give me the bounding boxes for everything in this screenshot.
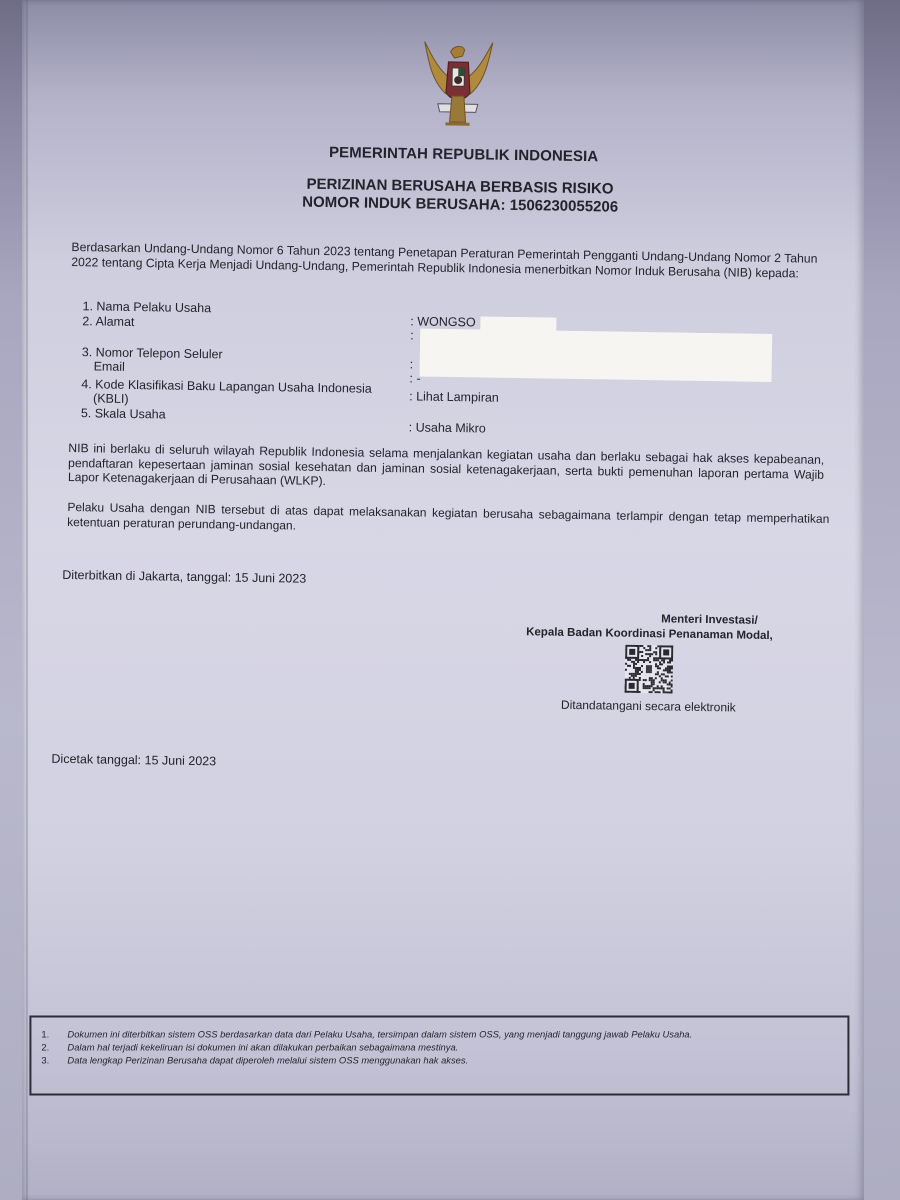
notes-list: 1.Dokumen ini diterbitkan sistem OSS ber… [31,1017,847,1066]
garuda-emblem-icon [417,31,499,132]
note-text: Dalam hal terjadi kekeliruan isi dokumen… [67,1040,458,1053]
signatory-title-2: Kepala Badan Koordinasi Penanaman Modal, [499,626,799,643]
note-text: Data lengkap Perizinan Berusaha dapat di… [67,1053,468,1066]
intro-paragraph: Berdasarkan Undang-Undang Nomor 6 Tahun … [71,240,817,281]
validity-paragraph: NIB ini berlaku di seluruh wilayah Repub… [68,441,825,496]
signature-block: Menteri Investasi/ Kepala Badan Koordina… [498,611,800,716]
note-number: 3. [41,1053,67,1066]
government-heading: PEMERINTAH REPUBLIK INDONESIA [329,144,599,165]
signatory-title-1: Menteri Investasi/ [500,611,800,628]
note-text: Dokumen ini diterbitkan sistem OSS berda… [67,1027,692,1040]
note-item: 1.Dokumen ini diterbitkan sistem OSS ber… [41,1027,847,1040]
issued-place-date: Diterbitkan di Jakarta, tanggal: 15 Juni… [62,568,306,586]
field-value-kbli: : Lihat Lampiran [409,389,499,404]
note-item: 3.Data lengkap Perizinan Berusaha dapat … [41,1053,847,1066]
field-label-kbli-cont: (KBLI) [93,391,129,406]
note-number: 1. [41,1027,67,1040]
nib-document: PEMERINTAH REPUBLIK INDONESIA PERIZINAN … [0,0,900,1200]
field-value-business-name: : WONGSO [410,314,475,329]
qr-code-icon [625,645,674,694]
note-number: 2. [41,1040,67,1053]
field-label-email: Email [94,359,125,373]
electronic-signature-note: Ditandatangani secara elektronik [498,697,798,716]
field-label-business-name: 1. Nama Pelaku Usaha [82,299,211,315]
field-value-scale: : Usaha Mikro [409,420,486,435]
nib-number: NOMOR INDUK BERUSAHA: 1506230055206 [302,194,618,216]
field-label-address: 2. Alamat [82,314,134,329]
statement-paragraph: Pelaku Usaha dengan NIB tersebut di atas… [67,500,829,541]
field-label-scale: 5. Skala Usaha [81,406,166,421]
printed-date: Dicetak tanggal: 15 Juni 2023 [51,752,216,769]
field-value-address: : [410,328,414,342]
notes-box: 1.Dokumen ini diterbitkan sistem OSS ber… [29,1015,849,1095]
field-value-phone: : [410,357,414,371]
redaction-block [420,328,773,382]
note-item: 2.Dalam hal terjadi kekeliruan isi dokum… [41,1040,847,1053]
